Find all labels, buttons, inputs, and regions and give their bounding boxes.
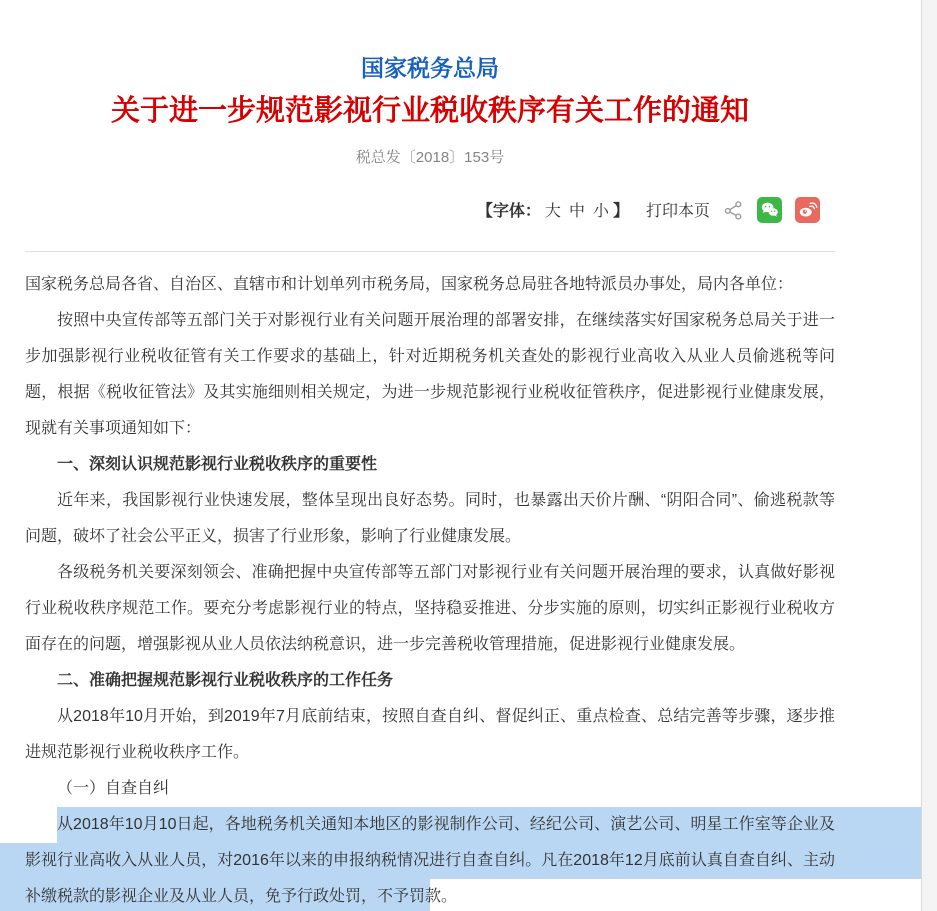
body-line: 二、准确把握规范影视行业税收秩序的工作任务 [0,663,921,699]
section-heading: 二、准确把握规范影视行业税收秩序的工作任务 [57,663,835,699]
font-size-small-button[interactable]: 小 [593,198,609,221]
body-line-text: 按照中央宣传部等五部门关于对影视行业有关问题开展治理的部署安排，在继续落实好国家… [57,303,835,339]
body-line: 影视行业高收入从业人员，对2016年以来的申报纳税情况进行自查自纠。凡在2018… [0,843,921,879]
body-line-text: 进规范影视行业税收秩序工作。 [25,735,835,771]
body-line-text: 各级税务机关要深刻领会、准确把握中央宣传部等五部门对影视行业有关问题开展治理的要… [57,555,835,591]
section-heading: 一、深刻认识规范影视行业税收秩序的重要性 [57,447,835,483]
wechat-share-icon[interactable] [757,197,782,223]
body-line: 各级税务机关要深刻领会、准确把握中央宣传部等五部门对影视行业有关问题开展治理的要… [0,555,921,591]
font-size-label: 【字体： [477,198,541,221]
document-header: 国家税务总局 关于进一步规范影视行业税收秩序有关工作的通知 税总发〔2018〕1… [0,52,860,168]
document-page: { "header": { "agency_title": "国家税务总局", … [0,0,937,911]
body-line: 题，根据《税收征管法》及其实施细则相关规定，为进一步规范影视行业税收征管秩序，促… [0,375,921,411]
font-size-control: 【字体： 大 中 小 】 [477,198,629,221]
body-line: 问题，破坏了社会公平正义，损害了行业形象，影响了行业健康发展。 [0,519,921,555]
font-size-large-button[interactable]: 大 [545,198,561,221]
body-line: 行业税收秩序规范工作。要充分考虑影视行业的特点，坚持稳妥推进、分步实施的原则，切… [0,591,921,627]
body-line: 一、深刻认识规范影视行业税收秩序的重要性 [0,447,921,483]
body-line: 现就有关事项通知如下： [0,411,921,447]
body-line-text: 面存在的问题，增强影视从业人员依法纳税意识，进一步完善税收管理措施，促进影视行业… [25,627,835,663]
body-line-text: 题，根据《税收征管法》及其实施细则相关规定，为进一步规范影视行业税收征管秩序，促… [25,375,835,411]
weibo-share-icon[interactable] [795,197,820,223]
print-page-button[interactable]: 打印本页 [646,198,710,221]
document-body: 国家税务总局各省、自治区、直辖市和计划单列市税务局，国家税务总局驻各地特派员办事… [0,267,921,911]
body-line-text: 行业税收秩序规范工作。要充分考虑影视行业的特点，坚持稳妥推进、分步实施的原则，切… [25,591,835,627]
body-line-text: 补缴税款的影视企业及从业人员，免予行政处罚，不予罚款。 [25,879,835,911]
font-size-medium-button[interactable]: 中 [569,198,585,221]
scrollbar-track[interactable] [921,0,937,911]
body-line: 步加强影视行业税收征管有关工作要求的基础上，针对近期税务机关查处的影视行业高收入… [0,339,921,375]
body-line: 进规范影视行业税收秩序工作。 [0,735,921,771]
body-line: 补缴税款的影视企业及从业人员，免予行政处罚，不予罚款。 [0,879,921,911]
document-number: 税总发〔2018〕153号 [0,148,860,168]
body-line-text: 影视行业高收入从业人员，对2016年以来的申报纳税情况进行自查自纠。凡在2018… [25,843,835,879]
body-line: 国家税务总局各省、自治区、直辖市和计划单列市税务局，国家税务总局驻各地特派员办事… [0,267,921,303]
toolbar: 【字体： 大 中 小 】 打印本页 [0,196,820,223]
body-line: 从2018年10月10日起，各地税务机关通知本地区的影视制作公司、经纪公司、演艺… [0,807,921,843]
body-line-text: 近年来，我国影视行业快速发展，整体呈现出良好态势。同时，也暴露出天价片酬、“阴阳… [57,483,835,519]
body-line: （一）自查自纠 [0,771,921,807]
body-line-text: 国家税务总局各省、自治区、直辖市和计划单列市税务局，国家税务总局驻各地特派员办事… [25,267,835,303]
body-line: 按照中央宣传部等五部门关于对影视行业有关问题开展治理的部署安排，在继续落实好国家… [0,303,921,339]
body-line-text: 步加强影视行业税收征管有关工作要求的基础上，针对近期税务机关查处的影视行业高收入… [25,339,835,375]
body-line: 面存在的问题，增强影视从业人员依法纳税意识，进一步完善税收管理措施，促进影视行业… [0,627,921,663]
font-size-label-close: 】 [613,198,629,221]
share-icon[interactable] [723,199,744,221]
agency-title: 国家税务总局 [0,52,860,84]
body-line: 近年来，我国影视行业快速发展，整体呈现出良好态势。同时，也暴露出天价片酬、“阴阳… [0,483,921,519]
body-line-text: 从2018年10月开始，到2019年7月底前结束，按照自查自纠、督促纠正、重点检… [57,699,835,735]
body-line-text: 现就有关事项通知如下： [25,411,835,447]
page-title: 关于进一步规范影视行业税收秩序有关工作的通知 [0,92,860,130]
body-line-text: （一）自查自纠 [57,771,835,807]
document-content: 国家税务总局 关于进一步规范影视行业税收秩序有关工作的通知 税总发〔2018〕1… [0,0,921,911]
body-line: 从2018年10月开始，到2019年7月底前结束，按照自查自纠、督促纠正、重点检… [0,699,921,735]
body-line-text: 问题，破坏了社会公平正义，损害了行业形象，影响了行业健康发展。 [25,519,835,555]
body-line-text: 从2018年10月10日起，各地税务机关通知本地区的影视制作公司、经纪公司、演艺… [57,807,835,843]
header-divider [25,251,835,252]
